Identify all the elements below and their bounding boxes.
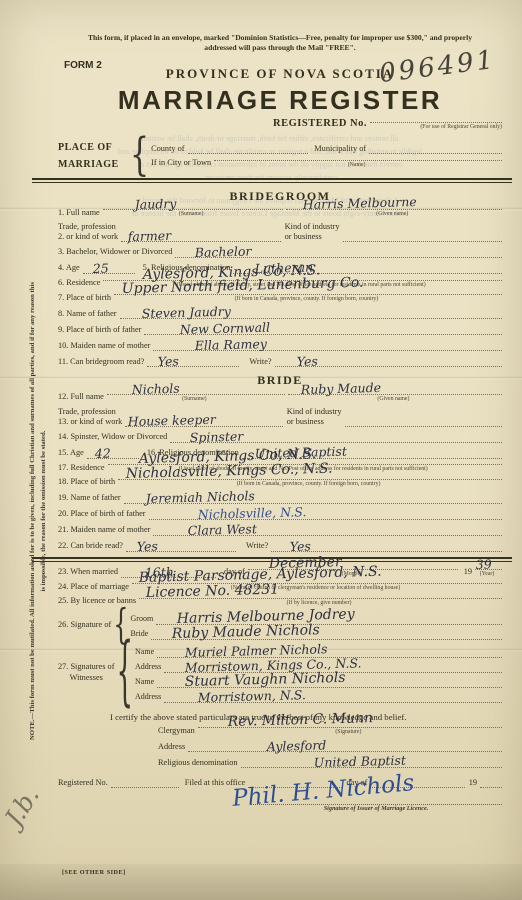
clergyman-signature-value: Rev. Milton C. Munn	[228, 710, 374, 730]
groom-father-label: 8. Name of father	[58, 309, 117, 320]
bride-trade-label: Trade, profession 13. or kind of work	[58, 407, 122, 427]
witness2-address-label: Address	[135, 692, 161, 702]
bride-father-label: 19. Name of father	[58, 493, 121, 504]
groom-read-label: 11. Can bridegroom read?	[58, 357, 144, 368]
given-name-caption: (Given name)	[283, 211, 502, 218]
year-value: 39	[476, 556, 492, 571]
row-groom-father: 8. Name of father Steven Jaudry	[58, 307, 502, 319]
bride-industry-field	[345, 415, 502, 427]
bride-given-name-value: Ruby Maude	[300, 380, 381, 397]
brace-icon: {	[116, 635, 133, 710]
margin-note: NOTE.—This form must not be mutilated. A…	[27, 281, 49, 741]
footer-year-field	[480, 776, 502, 788]
year-prefix: 19	[464, 567, 472, 578]
licence-caption: (If by licence, give number)	[136, 600, 502, 607]
witness2-name-value: Stuart Vaughn Nichols	[184, 669, 345, 689]
row-groom-literacy: 11. Can bridegroom read? Yes Write? Yes	[58, 355, 502, 367]
groom-trade-field: farmer	[121, 230, 281, 242]
marriage-register-document: all notices and certificates, either for…	[0, 0, 522, 900]
row-bride-full-name: 12. Full name Nichols (Surname) Ruby Mau…	[58, 392, 502, 403]
clergyman-address-field: Aylesford	[188, 740, 502, 752]
row-groom-mother: 10. Maiden name of mother Ella Ramey	[58, 339, 502, 351]
groom-read-value: Yes	[158, 354, 179, 370]
groom-father-birthplace-field: New Cornwall	[144, 323, 502, 335]
groom-given-name-value: Harris Melbourne	[302, 194, 416, 212]
page-title: MARRIAGE REGISTER	[58, 85, 502, 116]
bride-father-field: Jeremiah Nichols	[124, 492, 502, 504]
section-divider	[32, 178, 512, 183]
witnesses-block: 27. Signatures of Witnesses { Name Murie…	[58, 643, 502, 703]
row-place-of-marriage: 24. Place of marriage Baptist Parsonage,…	[58, 582, 502, 593]
groom-father-birthplace-label: 9. Place of birth of father	[58, 325, 141, 336]
bride-full-name-label: 12. Full name	[58, 392, 104, 403]
row-bride-trade: Trade, profession 13. or kind of work Ho…	[58, 407, 502, 427]
clergyman-label: Clergyman	[158, 726, 195, 737]
registered-no-field	[370, 122, 502, 123]
groom-status-label: 3. Bachelor, Widower or Divorced	[58, 247, 172, 258]
groom-father-field: Steven Jaudry	[120, 307, 502, 319]
bride-write-field: Yes	[271, 540, 502, 552]
groom-status-field: Bachelor	[175, 246, 502, 258]
registered-no-row: REGISTERED No. (For use of Registrar Gen…	[58, 118, 502, 131]
year-field: 39	[475, 569, 502, 570]
row-bride-status: 14. Spinster, Widow or Divorced Spinster	[58, 431, 502, 443]
groom-birthplace-label: 7. Place of birth	[58, 293, 111, 304]
signature-of-label: 26. Signature of	[58, 620, 111, 629]
bride-father-birthplace-field: Nicholsville, N.S.	[149, 508, 502, 520]
bride-heading: BRIDE	[58, 373, 502, 388]
clergyman-address-label: Address	[158, 742, 185, 753]
witness2-address-value: Morristown, N.S.	[198, 687, 306, 705]
row-clergyman-denomination: Religious denomination United Baptist	[158, 756, 502, 768]
bride-trade-value: House keeper	[128, 411, 216, 428]
row-clergyman-address: Address Aylesford	[158, 740, 502, 752]
municipality-label: Municipality of	[314, 144, 366, 155]
bride-signature-value: Ruby Maude Nichols	[172, 622, 320, 642]
bride-mother-label: 21. Maiden name of mother	[58, 525, 150, 536]
issuer-signature-block: Phil. H. Nichols Signature of Issuer of …	[250, 791, 502, 812]
groom-father-value: Steven Jaudry	[142, 304, 231, 321]
bride-signature-field: Ruby Maude Nichols	[151, 628, 502, 640]
registered-no-caption: (For use of Registrar General only)	[420, 124, 502, 131]
witness2-name-field: Stuart Vaughn Nichols	[157, 676, 502, 688]
bride-industry-label: Kind of industry or business	[287, 407, 342, 427]
bride-write-label: Write?	[246, 541, 268, 552]
row-groom-trade: Trade, profession 2. or kind of work far…	[58, 222, 502, 242]
groom-mother-value: Ella Ramey	[195, 336, 267, 353]
groom-given-name-field: Harris Melbourne	[286, 209, 502, 210]
groom-mother-label: 10. Maiden name of mother	[58, 341, 150, 352]
birthplace-caption: (If born in Canada, province, county. If…	[115, 481, 502, 488]
licence-field: Licence No. 48231	[139, 598, 502, 599]
groom-write-value: Yes	[297, 354, 318, 370]
mail-notice: This form, if placed in an envelope, mar…	[74, 33, 486, 54]
bride-given-name-field: Ruby Maude	[288, 394, 502, 395]
bride-residence-label: 17. Residence	[58, 463, 105, 474]
groom-trade-label: Trade, profession 2. or kind of work	[58, 222, 118, 242]
groom-signature-field: Harris Melbourne Jodrey	[156, 613, 502, 625]
county-field	[188, 142, 309, 154]
witness2-name-label: Name	[135, 677, 154, 687]
groom-trade-value: farmer	[127, 228, 171, 244]
groom-read-field: Yes	[147, 355, 239, 367]
bride-read-label: 22. Can bride read?	[58, 541, 123, 552]
bride-status-field: Spinster	[170, 431, 502, 443]
row-groom-birthplace: 7. Place of birth Upper North field, Lun…	[58, 293, 502, 304]
groom-surname-value: Jaudry	[135, 196, 177, 212]
footer-year-prefix: 19	[469, 778, 477, 789]
row-bride-father-birthplace: 20. Place of birth of father Nicholsvill…	[58, 508, 502, 520]
bride-father-value: Jeremiah Nichols	[146, 488, 255, 506]
denomination-value: United Baptist	[313, 753, 405, 770]
municipality-field	[369, 142, 502, 154]
bride-status-label: 14. Spinster, Widow or Divorced	[58, 432, 167, 443]
row-bride-literacy: 22. Can bride read? Yes Write? Yes	[58, 540, 502, 552]
denomination-field: United Baptist	[241, 756, 502, 768]
row-bride-birthplace: 18. Place of birth Nicholasville, Kings …	[58, 477, 502, 488]
bride-age-label: 15. Age	[58, 448, 84, 459]
bride-age-value: 42	[94, 445, 110, 460]
bride-father-birthplace-label: 20. Place of birth of father	[58, 509, 146, 520]
row-bride-mother: 21. Maiden name of mother Clara West	[58, 524, 502, 536]
witness1-address-label: Address	[135, 662, 161, 672]
footer-registered-label: Registered No.	[58, 778, 108, 789]
groom-father-birthplace-value: New Cornwall	[180, 320, 271, 337]
groom-signature-label: Groom	[131, 614, 154, 624]
signature-caption: (Signature)	[195, 729, 502, 736]
city-town-label: If in City or Town	[151, 158, 211, 169]
groom-surname-field: Jaudry	[103, 209, 283, 210]
bride-surname-value: Nichols	[131, 380, 179, 396]
pencil-initials: J.b.	[0, 782, 45, 831]
witnesses-label: 27. Signatures of Witnesses	[58, 662, 114, 684]
witness1-name-label: Name	[135, 647, 154, 657]
see-other-side-note: [SEE OTHER SIDE]	[62, 869, 126, 876]
bride-signature-label: Bride	[131, 629, 149, 639]
given-name-caption: (Given name)	[285, 396, 502, 403]
place-of-marriage-block: PLACE OF MARRIAGE { County of Municipali…	[58, 139, 502, 173]
row-groom-father-birthplace: 9. Place of birth of father New Cornwall	[58, 323, 502, 335]
licence-value: Licence No. 48231	[146, 581, 280, 600]
bride-read-field: Yes	[126, 540, 236, 552]
city-town-field	[214, 160, 502, 161]
bride-mother-field: Clara West	[153, 524, 502, 536]
brace-icon: {	[130, 133, 149, 178]
groom-mother-field: Ella Ramey	[153, 339, 502, 351]
groom-residence-label: 6. Residence	[58, 278, 100, 289]
place-of-marriage-line-label: 24. Place of marriage	[58, 582, 129, 593]
bride-age-field: 42	[87, 447, 139, 459]
row-clergyman: Clergyman Rev. Milton C. Munn (Signature…	[158, 726, 502, 737]
row-bride-father: 19. Name of father Jeremiah Nichols	[58, 492, 502, 504]
bride-father-birthplace-value: Nicholsville, N.S.	[198, 504, 307, 522]
groom-full-name-label: 1. Full name	[58, 208, 100, 219]
registered-no-label: REGISTERED No.	[273, 118, 367, 131]
groom-birthplace-field: Upper North field, Lunenburg Co.	[114, 294, 502, 295]
bride-status-value: Spinster	[190, 428, 244, 444]
groom-write-field: Yes	[275, 355, 502, 367]
footer-registered-field	[111, 776, 179, 788]
bride-mother-value: Clara West	[188, 521, 257, 538]
bride-birthplace-label: 18. Place of birth	[58, 477, 115, 488]
denomination-label: Religious denomination	[158, 758, 238, 769]
groom-status-value: Bachelor	[195, 244, 252, 260]
bridegroom-heading: BRIDEGROOM	[58, 189, 502, 204]
groom-age-value: 25	[93, 261, 109, 276]
place-of-marriage-label: PLACE OF MARRIAGE	[58, 139, 130, 173]
name-caption: (Name)	[211, 162, 502, 169]
when-married-label: 23. When married	[58, 567, 118, 578]
county-label: County of	[151, 144, 184, 155]
witness2-address-field: Morristown, N.S.	[164, 691, 502, 703]
birthplace-caption: (If born in Canada, province, county. If…	[111, 296, 502, 303]
bride-write-value: Yes	[289, 538, 310, 554]
groom-industry-field	[343, 230, 503, 242]
groom-industry-label: Kind of industry or business	[285, 222, 340, 242]
groom-age-label: 4. Age	[58, 263, 80, 274]
bride-birthplace-field: Nicholasville, Kings Co., N.S.	[118, 479, 502, 480]
bride-surname-field: Nichols	[107, 394, 285, 395]
clergyman-field: Rev. Milton C. Munn	[198, 727, 502, 728]
surname-caption: (Surname)	[100, 211, 283, 218]
groom-age-field: 25	[83, 262, 135, 274]
groom-write-label: Write?	[249, 357, 271, 368]
form-number: FORM 2	[64, 60, 102, 71]
row-groom-status: 3. Bachelor, Widower or Divorced Bachelo…	[58, 246, 502, 258]
bride-trade-field: House keeper	[125, 415, 282, 427]
clergyman-address-value: Aylesford	[266, 738, 326, 755]
row-groom-full-name: 1. Full name Jaudry (Surname) Harris Mel…	[58, 208, 502, 219]
bride-read-value: Yes	[137, 538, 158, 554]
